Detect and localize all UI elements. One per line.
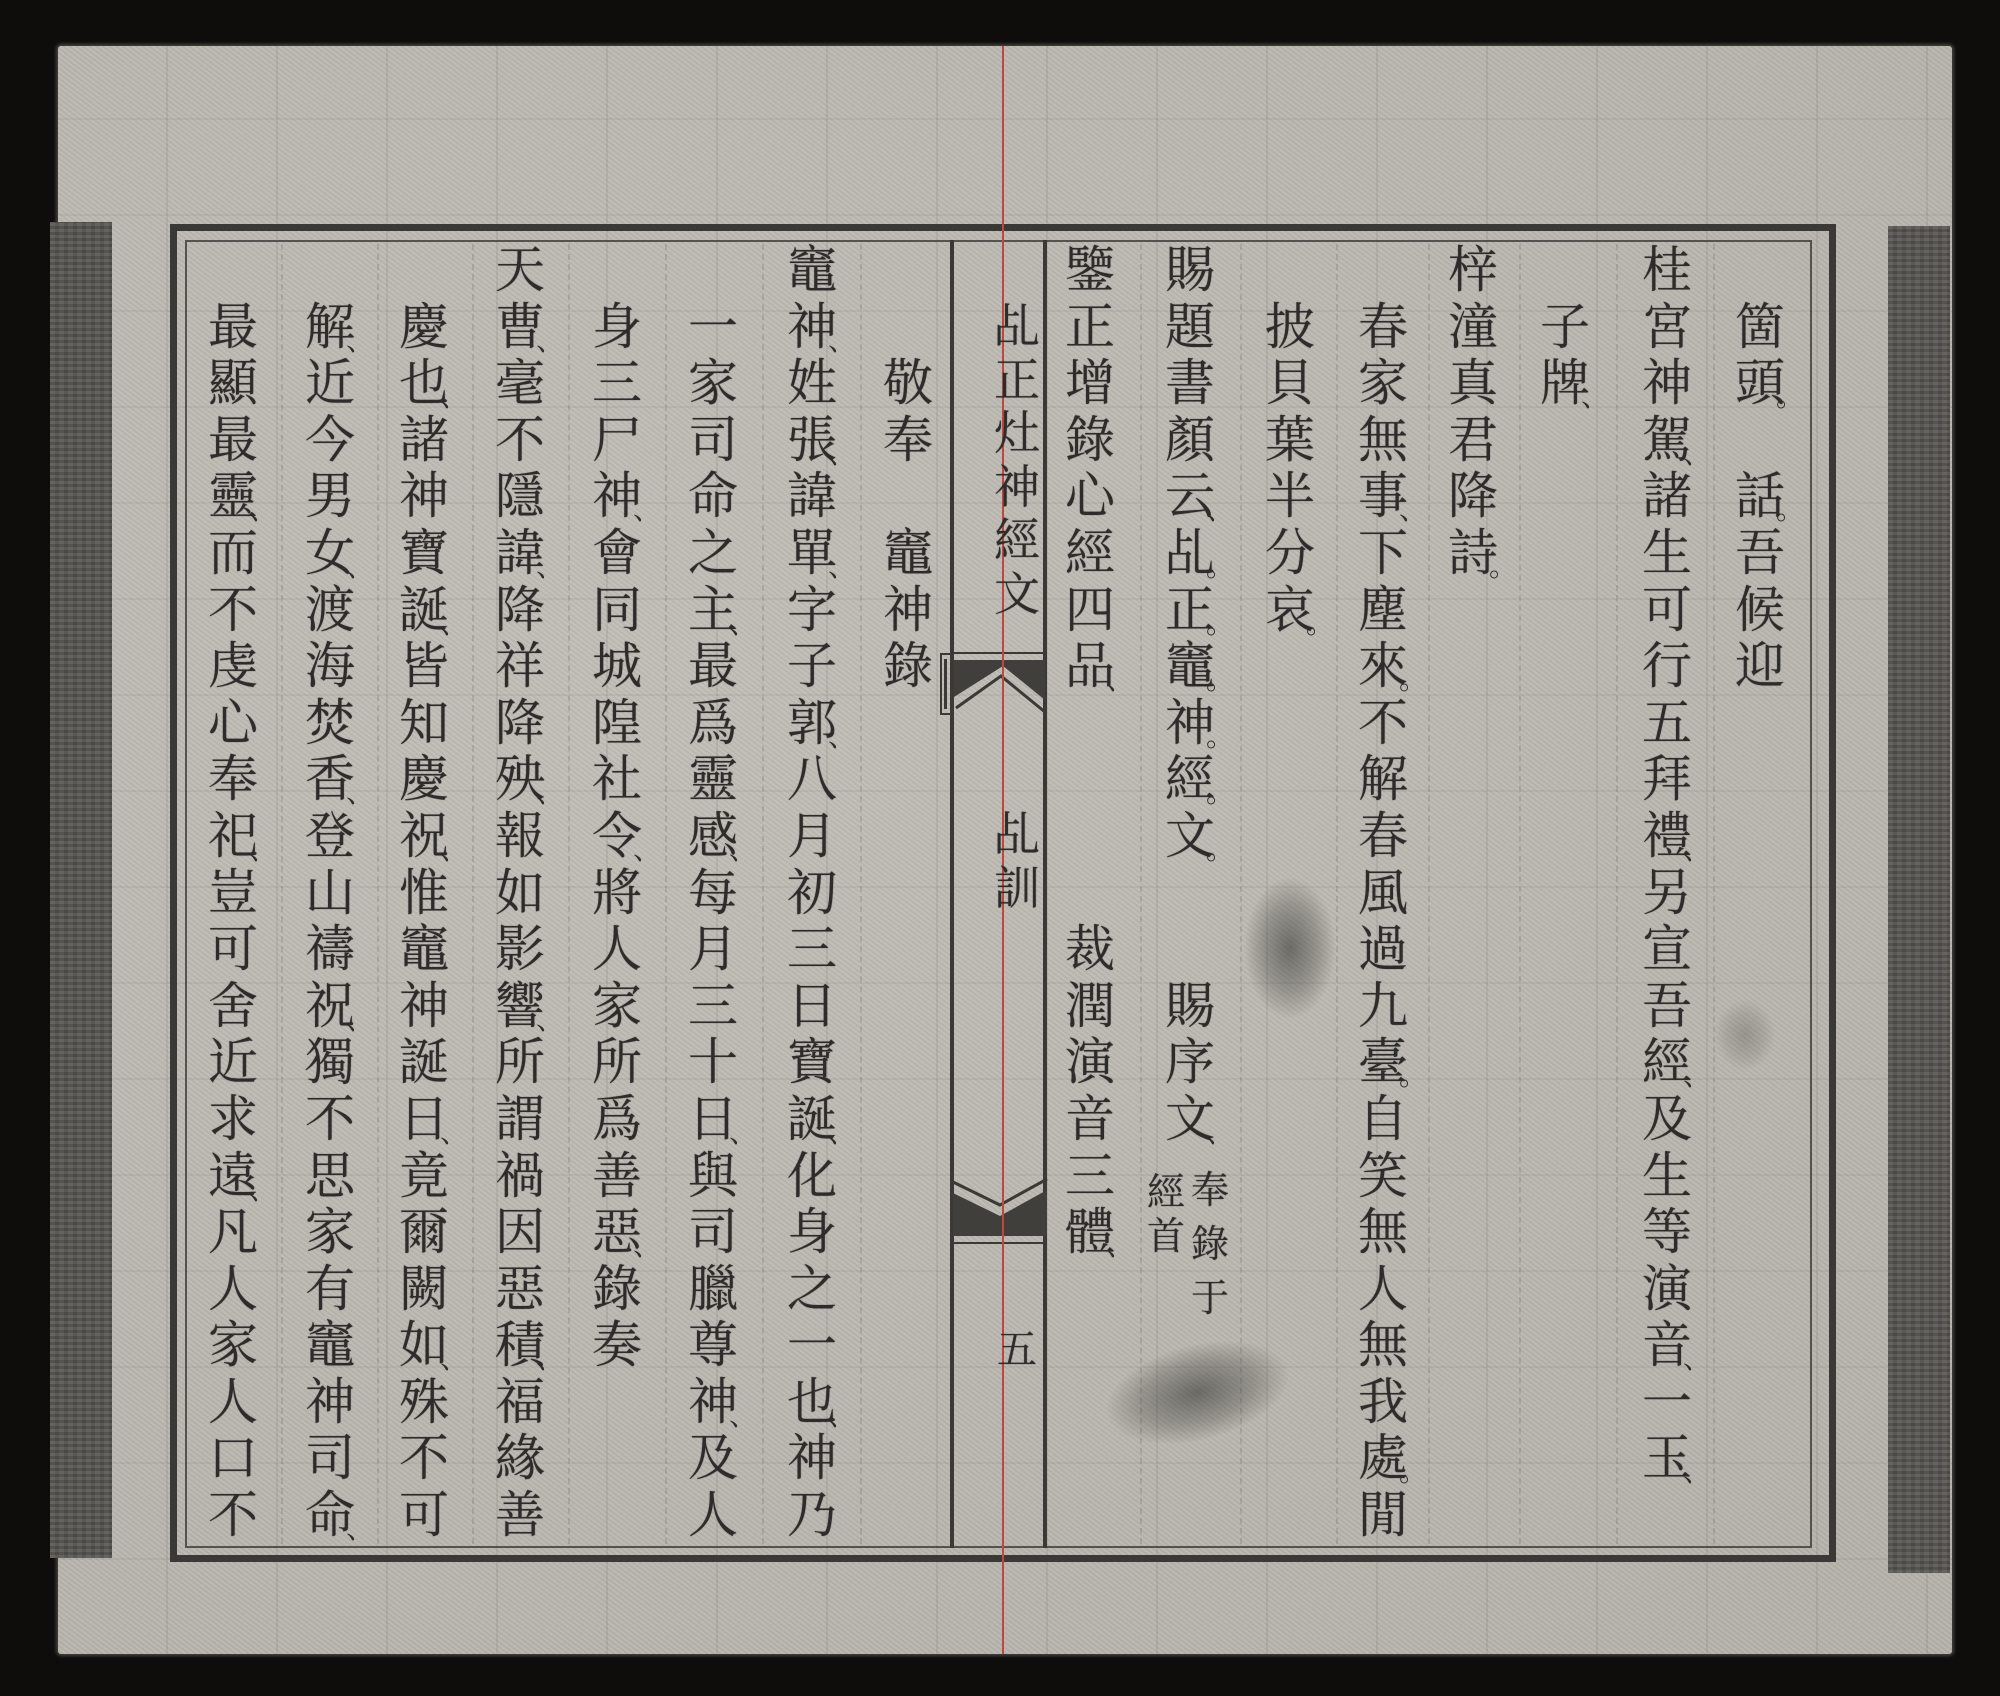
right-page-column-1: 箇頭。話。吾候迎 xyxy=(1712,242,1808,695)
character: 不 xyxy=(185,1487,281,1544)
character: 神 xyxy=(1619,355,1715,412)
character: 及 xyxy=(1619,1091,1715,1148)
character: 人 xyxy=(185,1374,281,1431)
character: 諱、 xyxy=(472,525,568,582)
character: 及 xyxy=(665,1430,761,1487)
character: 最 xyxy=(185,412,281,469)
character: 善 xyxy=(569,1148,665,1205)
character: 正。 xyxy=(1142,582,1238,639)
punctuation-mark: 、 xyxy=(440,1345,468,1373)
punctuation-mark: 、 xyxy=(536,553,564,581)
character: 演 xyxy=(1042,1034,1138,1091)
character: 家 xyxy=(665,355,761,412)
character: 玉、 xyxy=(1619,1430,1715,1487)
left-page-column-2: 竈神、姓張、諱單、字子郭、八月初三日寶誕、化身之一也、神乃 xyxy=(764,242,860,1544)
character: 誕、 xyxy=(376,582,472,639)
character: 敬 xyxy=(860,355,956,412)
punctuation-mark: 、 xyxy=(536,779,564,807)
character: 竈 xyxy=(764,242,860,299)
right-page-column-8: 鑒正增錄心經四品、裁潤演音三體、 xyxy=(1042,242,1138,1261)
character: 寶 xyxy=(764,1034,860,1091)
character: 不 xyxy=(185,582,281,639)
character: 拜 xyxy=(1619,751,1715,808)
right-page-column-2: 桂宮神駕、諸生可行五拜禮、另宣吾經、及生等演音、一玉、 xyxy=(1619,242,1715,1487)
punctuation-mark: 、 xyxy=(1172,1234,1194,1256)
character: 迎 xyxy=(1712,638,1808,695)
character: 誕 xyxy=(376,1034,472,1091)
character: 求 xyxy=(185,1091,281,1148)
character: 降 xyxy=(472,695,568,752)
character: 三 xyxy=(1042,1148,1138,1205)
character: 一 xyxy=(764,1317,860,1374)
character: 善 xyxy=(472,1487,568,1544)
character: 桂 xyxy=(1619,242,1715,299)
character: 響、 xyxy=(472,978,568,1035)
punctuation-mark: 。 xyxy=(1206,779,1234,807)
punctuation-mark: 、 xyxy=(1683,836,1711,864)
character: 神 xyxy=(376,978,472,1035)
character: 正 xyxy=(1042,299,1138,356)
punctuation-mark: 、 xyxy=(536,1006,564,1034)
character: 話。 xyxy=(1712,468,1808,525)
character: 司 xyxy=(282,1430,378,1487)
character: 奉 xyxy=(185,751,281,808)
character: 自 xyxy=(1335,1091,1431,1148)
character: 子 xyxy=(1517,299,1613,356)
character: 笑 xyxy=(1335,1148,1431,1205)
right-page-column-7: 賜題書顏云、乩。正。竈。神。經。文。賜序文、 xyxy=(1142,242,1238,1148)
punctuation-mark: 、 xyxy=(633,1232,661,1260)
character: 而 xyxy=(185,525,281,582)
character: 令、 xyxy=(569,808,665,865)
character: 不 xyxy=(282,1091,378,1148)
character: 無 xyxy=(1335,1317,1431,1374)
punctuation-mark: 。 xyxy=(1776,496,1804,524)
character: 等 xyxy=(1619,1204,1715,1261)
character: 臘 xyxy=(665,1261,761,1318)
character: 品、 xyxy=(1042,638,1138,695)
character: 音 xyxy=(1042,1091,1138,1148)
punctuation-mark: 、 xyxy=(828,723,856,751)
character: 錄 xyxy=(569,1261,665,1318)
character: 登 xyxy=(282,808,378,865)
character: 也、 xyxy=(376,355,472,412)
character: 尊 xyxy=(665,1317,761,1374)
punctuation-mark: 、 xyxy=(440,383,468,411)
right-page-column-3: 子牌、 xyxy=(1517,242,1613,412)
left-page-column-6: 慶也、諸神寶誕、皆知慶祝、惟竈神誕日、竟爾闕如、殊不可 xyxy=(376,242,472,1544)
punctuation-mark: 。 xyxy=(1306,610,1334,638)
character: 箇 xyxy=(1712,299,1808,356)
character: 口 xyxy=(185,1430,281,1487)
punctuation-mark: 、 xyxy=(1206,496,1234,524)
character: 神 xyxy=(860,582,956,639)
character: 積、 xyxy=(472,1317,568,1374)
character: 來。 xyxy=(1335,638,1431,695)
character: 降 xyxy=(1425,468,1521,525)
punctuation-mark: 、 xyxy=(346,1006,374,1034)
character: 錄 xyxy=(860,638,956,695)
blank-cell xyxy=(1142,865,1238,922)
punctuation-mark: 、 xyxy=(633,836,661,864)
punctuation-mark: 、 xyxy=(729,610,757,638)
character: 豈 xyxy=(185,865,281,922)
character: 爲 xyxy=(665,695,761,752)
character: 事、 xyxy=(1335,468,1431,525)
character: 諸 xyxy=(1619,468,1715,525)
character: 惡、 xyxy=(569,1204,665,1261)
character: 將 xyxy=(569,865,665,922)
character: 臺。 xyxy=(1335,1034,1431,1091)
punctuation-mark: 、 xyxy=(346,553,374,581)
character: 云、 xyxy=(1142,468,1238,525)
character: 人 xyxy=(1335,1261,1431,1318)
character: 誕、 xyxy=(764,1091,860,1148)
punctuation-mark: 、 xyxy=(249,496,277,524)
character: 竈。 xyxy=(1142,638,1238,695)
character: 祥 xyxy=(472,638,568,695)
character: 月 xyxy=(764,808,860,865)
character: 貝 xyxy=(1242,355,1338,412)
character: 皆 xyxy=(376,638,472,695)
character: 遠、 xyxy=(185,1148,281,1205)
character: 感、 xyxy=(665,808,761,865)
character: 最 xyxy=(665,638,761,695)
character: 女、 xyxy=(282,525,378,582)
character: 降 xyxy=(472,582,568,639)
character: 吾 xyxy=(1712,525,1808,582)
character: 顏 xyxy=(1142,412,1238,469)
character: 殊 xyxy=(376,1374,472,1431)
character: 賜 xyxy=(1142,242,1238,299)
punctuation-mark: 、 xyxy=(440,1119,468,1147)
character: 葉 xyxy=(1242,412,1338,469)
character: 春 xyxy=(1335,299,1431,356)
punctuation-mark: 、 xyxy=(536,1345,564,1373)
character: 神、 xyxy=(665,1374,761,1431)
character: 體、 xyxy=(1042,1204,1138,1261)
character: 候 xyxy=(1712,582,1808,639)
character: 影 xyxy=(472,921,568,978)
character: 初 xyxy=(764,865,860,922)
character: 人 xyxy=(569,921,665,978)
character: 首、 xyxy=(1142,1214,1190,1258)
character: 子 xyxy=(764,638,860,695)
character: 最 xyxy=(185,299,281,356)
character: 所 xyxy=(472,1034,568,1091)
character: 隍 xyxy=(569,695,665,752)
character: 半 xyxy=(1242,468,1338,525)
character: 爾 xyxy=(376,1204,472,1261)
character: 諸 xyxy=(376,412,472,469)
character: 祝、 xyxy=(282,978,378,1035)
character: 司 xyxy=(665,412,761,469)
character: 另 xyxy=(1619,865,1715,922)
blank-cell xyxy=(569,242,665,299)
character: 近 xyxy=(282,355,378,412)
punctuation-mark: 、 xyxy=(828,440,856,468)
left-page-column-3: 一家司命之主、最爲靈感、每月三十日、與司臘尊神、及人 xyxy=(665,242,761,1544)
character: 乃 xyxy=(764,1487,860,1544)
blank-cell xyxy=(282,242,378,299)
character: 神 xyxy=(282,1374,378,1431)
punctuation-mark: 、 xyxy=(828,1119,856,1147)
punctuation-mark: 、 xyxy=(249,1176,277,1204)
character: 化 xyxy=(764,1148,860,1205)
punctuation-mark: 、 xyxy=(1399,496,1427,524)
character: 靈、 xyxy=(185,468,281,525)
character: 身 xyxy=(569,299,665,356)
character: 思 xyxy=(282,1148,378,1205)
character: 解、 xyxy=(282,299,378,356)
character: 風 xyxy=(1335,865,1431,922)
left-page-column-5: 天曹、毫不隱諱、降祥降殃、報如影響、所謂禍因惡積、福緣善 xyxy=(472,242,568,1544)
character: 下 xyxy=(1335,525,1431,582)
character: 奉 xyxy=(1186,1163,1234,1217)
character: 吾 xyxy=(1619,978,1715,1035)
punctuation-mark: 。 xyxy=(1489,553,1517,581)
punctuation-mark: 、 xyxy=(536,327,564,355)
character: 慶 xyxy=(376,299,472,356)
character: 駕、 xyxy=(1619,412,1715,469)
character: 序 xyxy=(1142,1034,1238,1091)
lower-fishtail-icon xyxy=(953,1179,1047,1243)
punctuation-mark: 。 xyxy=(1206,666,1234,694)
punctuation-mark: 。 xyxy=(1399,1458,1427,1486)
character: 也、 xyxy=(764,1374,860,1431)
character: 隱 xyxy=(472,468,568,525)
character: 諱 xyxy=(764,468,860,525)
punctuation-mark: 、 xyxy=(1683,440,1711,468)
character: 生 xyxy=(1619,1148,1715,1205)
character: 家 xyxy=(185,1317,281,1374)
character: 顯 xyxy=(185,355,281,412)
character: 命 xyxy=(665,468,761,525)
character: 潼 xyxy=(1425,299,1521,356)
character: 所 xyxy=(569,1034,665,1091)
character: 司 xyxy=(665,1204,761,1261)
punctuation-mark: 、 xyxy=(440,610,468,638)
character: 梓 xyxy=(1425,242,1521,299)
character: 閒 xyxy=(1335,1487,1431,1544)
character: 分 xyxy=(1242,525,1338,582)
character: 祝、 xyxy=(376,808,472,865)
character: 家 xyxy=(282,1204,378,1261)
character: 披 xyxy=(1242,299,1338,356)
character: 月 xyxy=(665,921,761,978)
character: 哀。 xyxy=(1242,582,1338,639)
blank-cell xyxy=(1142,921,1238,978)
character: 文、 xyxy=(1142,1091,1238,1148)
character: 行 xyxy=(1619,638,1715,695)
punctuation-mark: 。 xyxy=(1776,383,1804,411)
character: 真 xyxy=(1425,355,1521,412)
character: 經、 xyxy=(1619,1034,1715,1091)
page-number: 五 xyxy=(962,1326,1072,1374)
character: 宮 xyxy=(1619,299,1715,356)
character: 于 xyxy=(1186,1271,1234,1325)
character: 處。 xyxy=(1335,1430,1431,1487)
blank-cell xyxy=(665,242,761,299)
punctuation-mark: 、 xyxy=(828,1402,856,1430)
character: 之 xyxy=(764,1261,860,1318)
character: 寶 xyxy=(376,525,472,582)
punctuation-mark: 。 xyxy=(1206,723,1234,751)
character: 惟 xyxy=(376,865,472,922)
character: 神、 xyxy=(569,468,665,525)
character: 爲 xyxy=(569,1091,665,1148)
character: 舍 xyxy=(185,978,281,1035)
character: 增 xyxy=(1042,355,1138,412)
character: 日 xyxy=(764,978,860,1035)
character: 尸 xyxy=(569,412,665,469)
character: 一 xyxy=(1619,1374,1715,1431)
character: 四 xyxy=(1042,582,1138,639)
blank-cell xyxy=(1517,242,1613,299)
character: 竈 xyxy=(860,525,956,582)
character: 殃、 xyxy=(472,751,568,808)
character: 三 xyxy=(764,921,860,978)
character: 渡 xyxy=(282,582,378,639)
character: 社 xyxy=(569,751,665,808)
character: 同 xyxy=(569,582,665,639)
character: 五 xyxy=(1619,695,1715,752)
character: 竈 xyxy=(282,1317,378,1374)
punctuation-mark: 、 xyxy=(828,553,856,581)
character: 日、 xyxy=(665,1091,761,1148)
punctuation-mark: 。 xyxy=(1399,666,1427,694)
character: 人 xyxy=(185,1261,281,1318)
character: 靈 xyxy=(665,751,761,808)
right-page-column-4: 梓潼真君降詩。 xyxy=(1425,242,1521,582)
character: 十 xyxy=(665,1034,761,1091)
character: 虔 xyxy=(185,638,281,695)
punctuation-mark: 、 xyxy=(1683,1345,1711,1373)
character: 可 xyxy=(376,1487,472,1544)
character: 乩。 xyxy=(1142,525,1238,582)
punctuation-mark: 、 xyxy=(249,836,277,864)
character: 一 xyxy=(665,299,761,356)
character: 神、 xyxy=(764,299,860,356)
upper-fishtail-icon xyxy=(953,653,1047,712)
character: 海 xyxy=(282,638,378,695)
punctuation-mark: 、 xyxy=(633,496,661,524)
blank-cell xyxy=(1042,865,1138,922)
left-page-column-7: 解、近今男女、渡海焚香、登山禱祝、獨不思家有竈神司命、 xyxy=(282,242,378,1544)
punctuation-mark: 、 xyxy=(1683,1458,1711,1486)
character: 過 xyxy=(1335,921,1431,978)
blank-cell xyxy=(1042,751,1138,808)
annotation-left-line: 經首、 xyxy=(1142,1170,1190,1258)
character: 心 xyxy=(185,695,281,752)
character: 頭。 xyxy=(1712,355,1808,412)
character: 緣 xyxy=(472,1430,568,1487)
punctuation-mark: 、 xyxy=(729,1402,757,1430)
character: 三 xyxy=(665,978,761,1035)
character: 與 xyxy=(665,1148,761,1205)
character: 曹、 xyxy=(472,299,568,356)
character: 錄 xyxy=(1042,412,1138,469)
character: 竈 xyxy=(376,921,472,978)
character: 凡 xyxy=(185,1204,281,1261)
blank-cell xyxy=(1712,412,1808,469)
character: 音、 xyxy=(1619,1317,1715,1374)
character: 今 xyxy=(282,412,378,469)
character: 經。 xyxy=(1142,751,1238,808)
blank-cell xyxy=(1042,808,1138,865)
character: 如 xyxy=(472,865,568,922)
character: 每 xyxy=(665,865,761,922)
character: 山 xyxy=(282,865,378,922)
character: 闕 xyxy=(376,1261,472,1318)
character: 知 xyxy=(376,695,472,752)
character: 惡 xyxy=(472,1261,568,1318)
character: 可 xyxy=(1619,582,1715,639)
blank-cell xyxy=(860,299,956,356)
character: 字 xyxy=(764,582,860,639)
character: 神 xyxy=(376,468,472,525)
character: 牌、 xyxy=(1517,355,1613,412)
character: 焚 xyxy=(282,695,378,752)
punctuation-mark: 、 xyxy=(1106,666,1134,694)
character: 九 xyxy=(1335,978,1431,1035)
character: 三 xyxy=(569,355,665,412)
character: 裁 xyxy=(1042,921,1138,978)
character: 不 xyxy=(376,1430,472,1487)
character: 詩。 xyxy=(1425,525,1521,582)
character: 經 xyxy=(1142,1170,1190,1214)
right-page-column-5: 春家無事、下塵來。不解春風過九臺。自笑無人無我處。閒 xyxy=(1335,242,1431,1544)
punctuation-mark: 。 xyxy=(1399,1062,1427,1090)
character: 會 xyxy=(569,525,665,582)
character: 命、 xyxy=(282,1487,378,1544)
blank-cell xyxy=(376,242,472,299)
character: 可 xyxy=(185,921,281,978)
punctuation-mark: 、 xyxy=(828,327,856,355)
character: 我 xyxy=(1335,1374,1431,1431)
character: 福 xyxy=(472,1374,568,1431)
character: 日、 xyxy=(376,1091,472,1148)
character: 鑒 xyxy=(1042,242,1138,299)
punctuation-mark: 、 xyxy=(346,1515,374,1543)
character: 春 xyxy=(1335,808,1431,865)
character: 經 xyxy=(1042,525,1138,582)
punctuation-mark: 、 xyxy=(729,1119,757,1147)
character: 城 xyxy=(569,638,665,695)
blank-cell xyxy=(1712,242,1808,299)
punctuation-mark: 、 xyxy=(729,836,757,864)
left-page-column-1: 敬奉竈神錄 xyxy=(860,242,956,695)
blank-cell xyxy=(860,242,956,299)
character: 報 xyxy=(472,808,568,865)
character: 心 xyxy=(1042,468,1138,525)
character: 不 xyxy=(472,412,568,469)
character: 因 xyxy=(472,1204,568,1261)
character: 姓 xyxy=(764,355,860,412)
blank-cell xyxy=(185,242,281,299)
character: 奏 xyxy=(569,1317,665,1374)
character: 神 xyxy=(764,1430,860,1487)
left-page-column-4: 身三尸神、會同城隍社令、將人家所爲善惡、錄奏 xyxy=(569,242,665,1374)
character: 男 xyxy=(282,468,378,525)
character: 八 xyxy=(764,751,860,808)
character: 宣 xyxy=(1619,921,1715,978)
character: 家 xyxy=(569,978,665,1035)
character: 有 xyxy=(282,1261,378,1318)
character: 五 xyxy=(962,1326,1072,1374)
character: 身 xyxy=(764,1204,860,1261)
character: 不 xyxy=(1335,695,1431,752)
